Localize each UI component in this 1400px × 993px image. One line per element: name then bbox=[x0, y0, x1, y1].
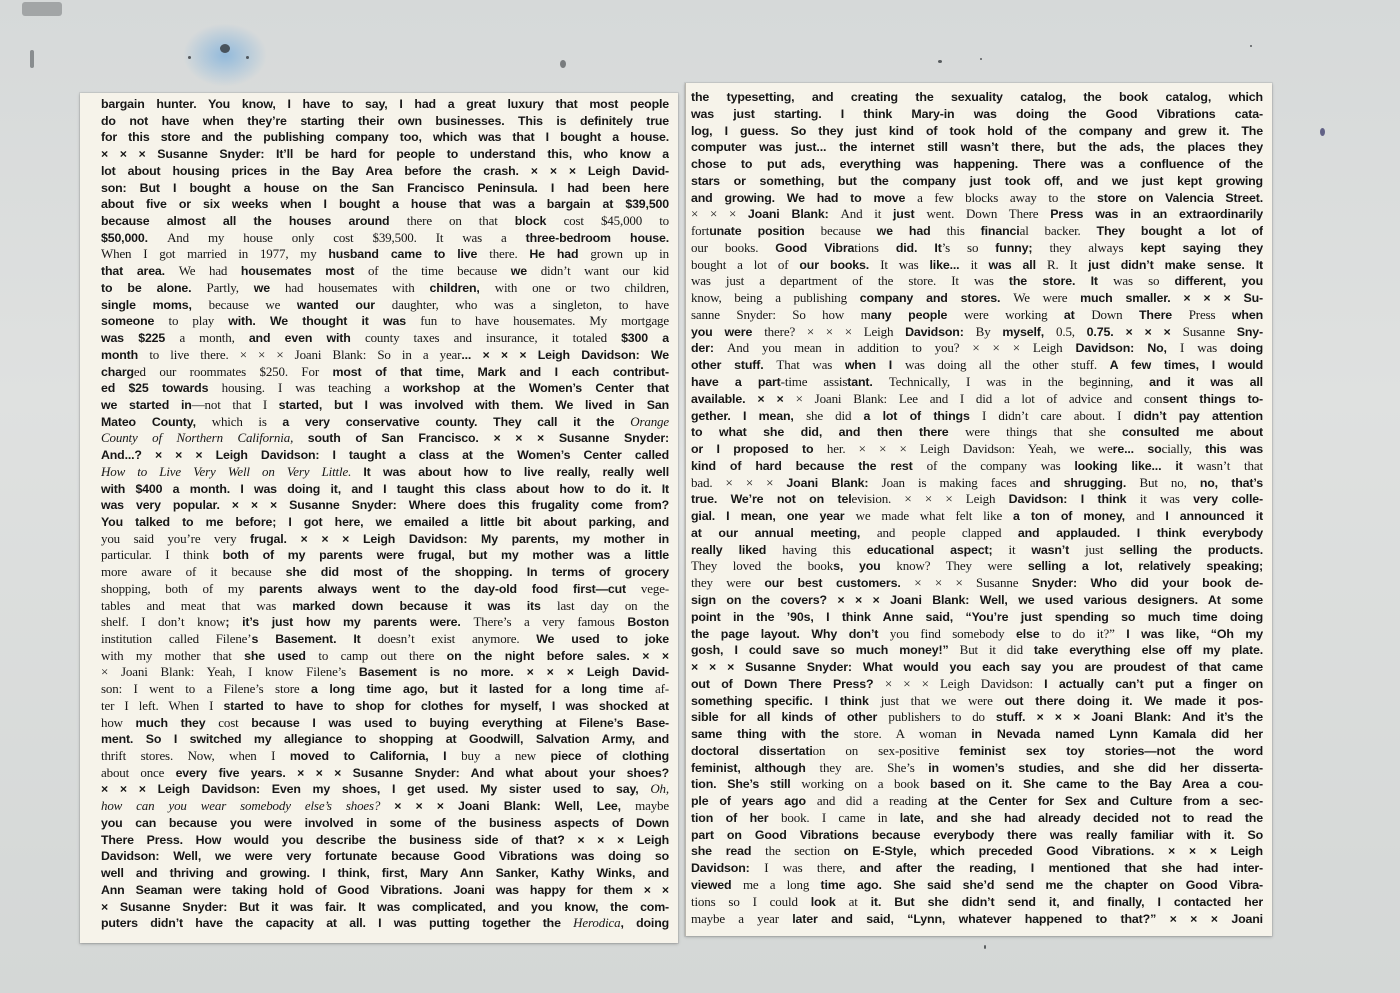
text-segment: viewed bbox=[691, 878, 743, 892]
text-segment: just bbox=[893, 207, 926, 221]
text-segment: was doing all the other stuff. bbox=[905, 357, 1110, 372]
text-line: same thing with the store. A woman in Ne… bbox=[691, 726, 1263, 743]
text-segment: with $400 a month. I was doing it, and I… bbox=[101, 482, 669, 496]
text-segment: Davidson: Well, we were very fortunate b… bbox=[101, 849, 669, 863]
text-segment: bad. × × × bbox=[691, 475, 786, 490]
text-line: maybe a year later and said, “Lynn, what… bbox=[691, 911, 1263, 928]
text-segment: How to Live Very Well on Very Little. bbox=[101, 464, 363, 479]
text-line: the page layout. Why don’t you find some… bbox=[691, 626, 1263, 643]
text-segment: He had bbox=[529, 247, 590, 261]
text-segment: you were bbox=[691, 325, 764, 339]
text-line: someone to play with. We thought it was … bbox=[101, 313, 669, 330]
text-segment: son: I went to a Filene’s store bbox=[101, 681, 311, 696]
text-line: about five or six weeks when I bought a … bbox=[101, 196, 669, 213]
text-line: And...? × × × Leigh Davidson: I taught a… bbox=[101, 447, 669, 464]
text-segment: out there doing it. We made it pos- bbox=[1004, 694, 1263, 708]
text-segment: know, being a publishing bbox=[691, 290, 860, 305]
text-segment: on the night before sales. × × bbox=[447, 649, 669, 663]
text-line: really liked having this educational asp… bbox=[691, 542, 1263, 559]
text-line: sible for all kinds of other publishers … bbox=[691, 709, 1263, 726]
text-segment: sign on the covers? × × × Joani Blank: W… bbox=[691, 593, 1263, 607]
text-segment: south of San Francisco. × × × Susanne Sn… bbox=[308, 431, 669, 445]
text-segment: our best customers. bbox=[764, 576, 914, 590]
text-segment: ... × × × Leigh Davidson: We bbox=[461, 348, 669, 362]
text-segment: to be alone. bbox=[101, 281, 207, 295]
text-line: thrift stores. Now, when I moved to Cali… bbox=[101, 748, 669, 765]
text-line: more aware of it because she did most of… bbox=[101, 564, 669, 581]
text-segment: very colle- bbox=[1193, 492, 1263, 506]
text-segment: about once bbox=[101, 765, 176, 780]
text-segment: 0.75. × × × bbox=[1087, 325, 1183, 339]
text-segment: $50,000. bbox=[101, 231, 167, 245]
text-segment: —not that I bbox=[192, 397, 279, 412]
text-segment: × × × bbox=[691, 206, 748, 221]
text-line: × × × Leigh Davidson: Even my shoes, I g… bbox=[101, 781, 669, 798]
text-segment: when I bbox=[845, 358, 905, 372]
text-segment: a very conservative county. They call it… bbox=[282, 415, 630, 429]
ink-speck bbox=[984, 945, 986, 949]
text-line: tions so I could look at it. But she did… bbox=[691, 894, 1263, 911]
text-segment: Snyder: Who did your book de- bbox=[1032, 576, 1263, 590]
text-segment: There Press. How would you describe the … bbox=[101, 833, 669, 847]
text-segment: about five or six weeks when I bought a … bbox=[101, 197, 669, 211]
text-segment: We were bbox=[1013, 290, 1080, 305]
text-segment: a ton of money, bbox=[1013, 509, 1136, 523]
text-line: they were our best customers. × × × Susa… bbox=[691, 575, 1263, 592]
text-segment: Herodica bbox=[573, 915, 620, 930]
text-segment: funny; bbox=[995, 241, 1049, 255]
text-segment: were working bbox=[964, 307, 1064, 322]
text-segment: wanted our bbox=[297, 298, 392, 312]
text-segment: gial. I mean, one year bbox=[691, 509, 856, 523]
text-segment: institution called Filene’ bbox=[101, 631, 251, 646]
text-segment: three-bedroom house. bbox=[526, 231, 669, 245]
text-segment: sible for all kinds of other bbox=[691, 710, 888, 724]
ink-speck bbox=[188, 56, 191, 59]
text-line: ter I left. When I started to have to sh… bbox=[101, 698, 669, 715]
left-page-text: bargain hunter. You know, I have to say,… bbox=[101, 96, 669, 932]
text-segment: re... so bbox=[1113, 442, 1162, 456]
text-segment: Joan is making faces a bbox=[882, 475, 1036, 490]
text-segment: because we bbox=[209, 297, 297, 312]
text-segment: son: But I bought a house on the San Fra… bbox=[101, 181, 669, 195]
ink-speck bbox=[938, 60, 942, 63]
text-segment: they always bbox=[1049, 240, 1140, 255]
text-segment: frugal. × × × Leigh Davidson: My parents… bbox=[250, 532, 669, 546]
text-segment: company and stores. bbox=[860, 291, 1013, 305]
text-segment: doing bbox=[1230, 341, 1263, 355]
text-segment: point in the ’90s, I think Anne said, “Y… bbox=[691, 610, 1263, 624]
text-line: with my mother that she used to camp out… bbox=[101, 648, 669, 665]
text-segment: ter I left. When I bbox=[101, 698, 223, 713]
text-line: tion. She’s still working on a book base… bbox=[691, 776, 1263, 793]
text-segment: ple of years ago bbox=[691, 794, 817, 808]
text-line: month to live there. × × × Joani Blank: … bbox=[101, 347, 669, 364]
text-segment: bought a lot of bbox=[691, 257, 799, 272]
text-segment: housing. I was teaching a bbox=[222, 380, 403, 395]
text-segment: Joani Blank: bbox=[786, 476, 881, 490]
text-segment: went. Down There bbox=[926, 206, 1050, 221]
text-segment: vege- bbox=[641, 581, 669, 596]
text-segment: × Joani Blank: Lee and I did a lot of ad… bbox=[796, 391, 1163, 406]
ink-speck bbox=[220, 44, 230, 53]
text-segment: nd shrugging. bbox=[1035, 476, 1139, 490]
text-line: with $400 a month. I was doing it, and I… bbox=[101, 481, 669, 498]
text-segment: And my house only cost $39,500. It was a bbox=[167, 230, 526, 245]
text-line: how much they cost because I was used to… bbox=[101, 715, 669, 732]
text-segment: most of that time, Mark and I each contr… bbox=[332, 365, 669, 379]
text-segment: tion. She’s still bbox=[691, 777, 801, 791]
text-line: gether. I mean, she did a lot of things … bbox=[691, 408, 1263, 425]
text-segment: selling the products. bbox=[1119, 543, 1263, 557]
text-segment: You talked to me before; I got here, we … bbox=[101, 515, 669, 529]
right-page-text: the typesetting, and creating the sexual… bbox=[691, 89, 1263, 927]
text-segment: on E-Style, which preceded Good Vibratio… bbox=[844, 844, 1263, 858]
text-segment: in Nevada named Lynn Kamala did her bbox=[971, 727, 1263, 741]
text-segment: we bbox=[511, 264, 541, 278]
text-segment: Susanne bbox=[1183, 324, 1237, 339]
text-segment: thrift stores. Now, when I bbox=[101, 748, 290, 763]
text-segment: -time assis bbox=[781, 374, 848, 389]
text-segment: other stuff. bbox=[691, 358, 776, 372]
text-segment: tant. bbox=[847, 375, 889, 389]
text-line: single moms, because we wanted our daugh… bbox=[101, 297, 669, 314]
text-line: part on Good Vibrations because everybod… bbox=[691, 827, 1263, 844]
text-segment: Davidson: bbox=[691, 861, 764, 875]
text-line: Mateo County, which is a very conservati… bbox=[101, 414, 669, 431]
text-segment: late, and she had already decided not to… bbox=[900, 811, 1263, 825]
text-line: shelf. I don’t know; it’s just how my pa… bbox=[101, 614, 669, 631]
text-segment: to camp out there bbox=[318, 648, 446, 663]
text-segment: and bbox=[1136, 508, 1165, 523]
text-segment: husband came to live bbox=[328, 247, 489, 261]
text-line: son: But I bought a house on the San Fra… bbox=[101, 180, 669, 197]
text-line: sanne Snyder: So how many people were wo… bbox=[691, 307, 1263, 324]
text-segment: book. I came in bbox=[781, 810, 900, 825]
text-line: der: And you mean in addition to you? × … bbox=[691, 340, 1263, 357]
text-segment: every five years. × × × Susanne Snyder: … bbox=[176, 766, 669, 780]
text-line: ment. So I switched my allegiance to sho… bbox=[101, 731, 669, 748]
text-segment: Good Vibra bbox=[775, 241, 854, 255]
text-segment: , doing bbox=[621, 916, 670, 930]
text-segment: But no, bbox=[1139, 475, 1199, 490]
text-segment: it bbox=[971, 257, 989, 272]
text-segment: Davidson: bbox=[905, 325, 976, 339]
text-segment: there? × × × Leigh bbox=[764, 324, 905, 339]
text-segment: how can you wear somebody else’s shoes? bbox=[101, 798, 394, 813]
text-segment: and even with bbox=[249, 331, 365, 345]
text-segment: There’s a very famous bbox=[474, 614, 628, 629]
text-segment: you can because you were involved in som… bbox=[101, 816, 669, 830]
text-segment: I didn’t care about. I bbox=[982, 408, 1133, 423]
text-line: gosh, I could save so much money!” But i… bbox=[691, 642, 1263, 659]
text-segment: was $225 bbox=[101, 331, 179, 345]
text-segment: like... bbox=[930, 258, 971, 272]
text-segment: children, bbox=[430, 281, 495, 295]
text-segment: × × × Leigh Davidson: Even my shoes, I g… bbox=[101, 782, 650, 796]
text-segment: county taxes and insurance, it totaled bbox=[365, 330, 621, 345]
text-line: something specific. I think just that we… bbox=[691, 693, 1263, 710]
text-segment: computer was just... the internet still … bbox=[691, 140, 1263, 154]
text-segment: she did bbox=[806, 408, 863, 423]
text-segment: true. We’re not on tel bbox=[691, 492, 852, 506]
text-line: doctoral dissertation on sex-positive fe… bbox=[691, 743, 1263, 760]
text-segment: look bbox=[811, 895, 849, 909]
text-segment: she read bbox=[691, 844, 765, 858]
text-segment: gosh, I could save so much money!” bbox=[691, 643, 960, 657]
text-segment: which is bbox=[212, 414, 283, 429]
text-segment: It was bbox=[880, 257, 929, 272]
text-segment: And...? × × × Leigh Davidson: I taught a… bbox=[101, 448, 669, 462]
ink-speck bbox=[30, 50, 34, 68]
text-segment: at bbox=[1064, 308, 1091, 322]
text-segment: bargain hunter. You know, I have to say,… bbox=[101, 97, 669, 111]
text-segment: $300 a bbox=[621, 331, 669, 345]
text-segment: tions bbox=[854, 240, 896, 255]
text-segment: feminist sex toy stories—not the word bbox=[959, 744, 1263, 758]
text-segment: different, you bbox=[1175, 274, 1264, 288]
text-segment: do not have when they’re starting their … bbox=[101, 114, 669, 128]
ink-speck bbox=[1320, 128, 1325, 136]
text-segment: we had bbox=[877, 224, 947, 238]
text-line: particular. I think both of my parents w… bbox=[101, 547, 669, 564]
text-segment: × Susanne Snyder: But it was fair. It wa… bbox=[101, 900, 669, 914]
text-segment: County of Northern California, bbox=[101, 430, 308, 445]
text-segment: and applauded. I think everybody bbox=[1018, 526, 1263, 540]
text-segment: Basement is no more. × × × Leigh David- bbox=[359, 665, 669, 679]
text-segment: I was bbox=[1180, 340, 1230, 355]
text-segment: stuff. × × × Joani Blank: And it’s the bbox=[996, 710, 1263, 724]
text-segment: at the Center for Sex and Culture from a… bbox=[938, 794, 1263, 808]
text-segment: and people clapped bbox=[877, 525, 1018, 540]
text-segment: to play bbox=[169, 313, 229, 328]
text-line: puters didn’t have the capacity at all. … bbox=[101, 915, 669, 932]
text-segment: Technically, I was in the beginning, bbox=[889, 374, 1149, 389]
text-segment: a month, bbox=[179, 330, 248, 345]
text-segment: both of my parents were frugal, but my m… bbox=[223, 548, 669, 562]
text-segment: having this bbox=[782, 542, 867, 557]
text-line: stars or something, but the company just… bbox=[691, 173, 1263, 190]
text-segment: fort bbox=[691, 223, 709, 238]
text-segment: Down bbox=[1091, 307, 1139, 322]
text-line: about once every five years. × × × Susan… bbox=[101, 765, 669, 782]
text-segment: just that we were bbox=[881, 693, 1005, 708]
text-line: or I proposed to her. × × × Leigh Davids… bbox=[691, 441, 1263, 458]
text-segment: There bbox=[1139, 308, 1189, 322]
text-segment: were things that she bbox=[965, 424, 1122, 439]
text-segment: I actually can’t put a finger on bbox=[1044, 677, 1263, 691]
text-segment: Orange bbox=[630, 414, 669, 429]
text-line: × × × Susanne Snyder: What would you eac… bbox=[691, 659, 1263, 676]
text-segment: When I got married in 1977, my bbox=[101, 246, 328, 261]
text-segment: cost $45,000 to bbox=[564, 213, 669, 228]
text-segment: her. × × × Leigh Davidson: Yeah, we we bbox=[827, 441, 1113, 456]
text-segment: store on Valencia Street. bbox=[1097, 191, 1263, 205]
text-line: was very popular. × × × Susanne Snyder: … bbox=[101, 497, 669, 514]
text-segment: I announced it bbox=[1165, 509, 1263, 523]
text-segment: a lot of things bbox=[863, 409, 982, 423]
ink-speck bbox=[1250, 45, 1252, 47]
text-segment: much smaller. × × × Su- bbox=[1080, 291, 1263, 305]
text-line: and growing. We had to move a few blocks… bbox=[691, 190, 1263, 207]
text-segment: That was bbox=[776, 357, 844, 372]
text-segment: just didn’t make sense. It bbox=[1088, 258, 1263, 272]
text-segment: it. But she didn’t send it, and finally,… bbox=[871, 895, 1263, 909]
text-segment: Sny- bbox=[1237, 325, 1263, 339]
ink-speck bbox=[22, 2, 62, 16]
text-line: our books. Good Vibrations did. It’s so … bbox=[691, 240, 1263, 257]
text-line: × Joani Blank: Yeah, I know Filene’s Bas… bbox=[101, 664, 669, 681]
text-line: do not have when they’re starting their … bbox=[101, 113, 669, 130]
text-segment: else bbox=[1016, 627, 1051, 641]
text-segment: chose to put ads, everything was happeni… bbox=[691, 157, 1263, 171]
text-segment: later and said, “Lynn, whatever happened… bbox=[792, 912, 1263, 926]
text-segment: last day on the bbox=[557, 598, 669, 613]
text-segment: puters didn’t have the capacity at all. … bbox=[101, 916, 573, 930]
text-line: charged our roommates $250. For most of … bbox=[101, 364, 669, 381]
text-segment: part on Good Vibrations because everybod… bbox=[691, 828, 1263, 842]
text-segment: in women’s studies, and she did her diss… bbox=[928, 761, 1263, 775]
text-segment: × Joani Blank: Yeah, I know Filene’s bbox=[101, 664, 359, 679]
text-segment: take everything else off my plate. bbox=[1034, 643, 1263, 657]
text-segment: they were bbox=[691, 575, 764, 590]
text-segment: with. We thought it was bbox=[228, 314, 420, 328]
ink-speck bbox=[560, 60, 566, 68]
text-segment: this bbox=[947, 223, 981, 238]
text-line: tables and meat that was marked down bec… bbox=[101, 598, 669, 615]
text-line: fortunate position because we had this f… bbox=[691, 223, 1263, 240]
text-segment: for this store and the publishing compan… bbox=[101, 130, 669, 144]
text-segment: she used bbox=[244, 649, 318, 663]
text-line: she read the section on E-Style, which p… bbox=[691, 843, 1263, 860]
text-segment: and growing. We had to move bbox=[691, 191, 917, 205]
text-segment: more aware of it because bbox=[101, 564, 286, 579]
text-segment: a few blocks away to the bbox=[917, 190, 1097, 205]
text-segment: They bought a lot of bbox=[1097, 224, 1263, 238]
text-line: chose to put ads, everything was happeni… bbox=[691, 156, 1263, 173]
text-line: Ann Seaman were taking hold of Good Vibr… bbox=[101, 882, 669, 899]
text-segment: housemates most bbox=[241, 264, 368, 278]
text-segment: wasn’t that bbox=[1197, 458, 1263, 473]
text-segment: educational aspect; bbox=[867, 543, 1009, 557]
text-segment: to do it?” bbox=[1051, 626, 1126, 641]
text-segment: lot about housing prices in the Bay Area… bbox=[101, 164, 669, 178]
text-segment: have a part bbox=[691, 375, 781, 389]
text-line: you were there? × × × Leigh Davidson: By… bbox=[691, 324, 1263, 341]
text-line: the typesetting, and creating the sexual… bbox=[691, 89, 1263, 106]
text-segment: doctoral dissertati bbox=[691, 744, 813, 758]
text-segment: started to have to shop for clothes for … bbox=[223, 699, 669, 713]
text-line: viewed me a long time ago. She said she’… bbox=[691, 877, 1263, 894]
text-segment: single moms, bbox=[101, 298, 209, 312]
text-line: well and thriving and growing. I think, … bbox=[101, 865, 669, 882]
text-segment: But it did bbox=[960, 642, 1034, 657]
text-line: bargain hunter. You know, I have to say,… bbox=[101, 96, 669, 113]
text-segment: Joani Blank: bbox=[748, 207, 841, 221]
text-segment: Press bbox=[1189, 307, 1232, 322]
text-segment: because bbox=[821, 223, 877, 238]
text-segment: Mateo County, bbox=[101, 415, 212, 429]
text-segment: our books. bbox=[799, 258, 880, 272]
text-segment: available. × × bbox=[691, 392, 796, 406]
text-segment: shelf. I don’t know bbox=[101, 614, 225, 629]
text-segment: something specific. I think bbox=[691, 694, 881, 708]
text-segment: a long time ago, but it lasted for a lon… bbox=[311, 682, 655, 696]
text-line: Davidson: I was there, and after the rea… bbox=[691, 860, 1263, 877]
text-segment: feminist, although bbox=[691, 761, 820, 775]
text-line: County of Northern California, south of … bbox=[101, 430, 669, 447]
text-segment: stars or something, but the company just… bbox=[691, 174, 1263, 188]
text-segment: ment. So I switched my allegiance to sho… bbox=[101, 732, 669, 746]
text-segment: me a long bbox=[743, 877, 821, 892]
text-segment: looking like... it bbox=[1074, 459, 1196, 473]
text-segment: doesn’t exist anymore. bbox=[378, 631, 537, 646]
text-line: computer was just... the internet still … bbox=[691, 139, 1263, 156]
text-segment: × × × Susanne bbox=[914, 575, 1032, 590]
text-segment: really liked bbox=[691, 543, 782, 557]
text-segment: with one or two children, bbox=[495, 280, 669, 295]
text-line: × × × Susanne Snyder: It’ll be hard for … bbox=[101, 146, 669, 163]
text-segment: we bbox=[254, 281, 285, 295]
text-segment: there on that bbox=[407, 213, 515, 228]
text-segment: × × × Joani Blank: Well, Lee, bbox=[394, 799, 635, 813]
text-segment: with my mother that bbox=[101, 648, 244, 663]
text-segment: we made what felt like bbox=[856, 508, 1013, 523]
text-segment: We had bbox=[179, 263, 241, 278]
text-segment: tion of her bbox=[691, 811, 781, 825]
text-segment: ; it’s just how my parents were. bbox=[225, 615, 473, 629]
text-segment: you find somebody bbox=[890, 626, 1016, 641]
text-segment: based on it. She came to the Bay Area a … bbox=[930, 777, 1263, 791]
right-page: the typesetting, and creating the sexual… bbox=[685, 83, 1272, 936]
text-segment: wasn’t bbox=[1031, 543, 1085, 557]
text-segment: because I was used to buying everything … bbox=[251, 716, 669, 730]
text-segment: I was there, bbox=[764, 860, 859, 875]
text-line: kind of hard because the rest of the com… bbox=[691, 458, 1263, 475]
text-segment: selling a lot, relatively speaking; bbox=[1028, 559, 1263, 573]
text-line: How to Live Very Well on Very Little. It… bbox=[101, 464, 669, 481]
text-segment: the section bbox=[765, 843, 843, 858]
text-segment: Partly, bbox=[207, 280, 254, 295]
text-segment: 0.5, bbox=[1056, 324, 1087, 339]
text-segment: publishers to do bbox=[888, 709, 996, 724]
text-segment: there. bbox=[489, 246, 529, 261]
text-line: available. × × × Joani Blank: Lee and I … bbox=[691, 391, 1263, 408]
text-segment: out of Down There Press? bbox=[691, 677, 885, 691]
text-line: out of Down There Press? × × × Leigh Dav… bbox=[691, 676, 1263, 693]
text-segment: on on sex-positive bbox=[813, 743, 960, 758]
text-line: shopping, both of my parents always went… bbox=[101, 581, 669, 598]
text-segment: how bbox=[101, 715, 136, 730]
text-segment: they are. She’s bbox=[820, 760, 929, 775]
text-segment: it was bbox=[1140, 491, 1193, 506]
text-segment: maybe a year bbox=[691, 911, 792, 926]
text-segment: kind of hard because the rest bbox=[691, 459, 927, 473]
text-line: how can you wear somebody else’s shoes? … bbox=[101, 798, 669, 815]
text-segment: moved to California, I bbox=[290, 749, 461, 763]
text-segment: ’s so bbox=[942, 240, 996, 255]
text-segment: evision. × × × Leigh bbox=[852, 491, 1009, 506]
text-segment: ed $25 towards bbox=[101, 381, 222, 395]
text-segment: kept saying they bbox=[1140, 241, 1263, 255]
text-segment: I was like, “Oh my bbox=[1126, 627, 1263, 641]
text-segment: because almost all the houses around bbox=[101, 214, 407, 228]
text-line: When I got married in 1977, my husband c… bbox=[101, 246, 669, 263]
text-segment: someone bbox=[101, 314, 169, 328]
text-segment: of the time because bbox=[368, 263, 511, 278]
text-segment: af- bbox=[655, 681, 669, 696]
text-segment: unate position bbox=[709, 224, 820, 238]
